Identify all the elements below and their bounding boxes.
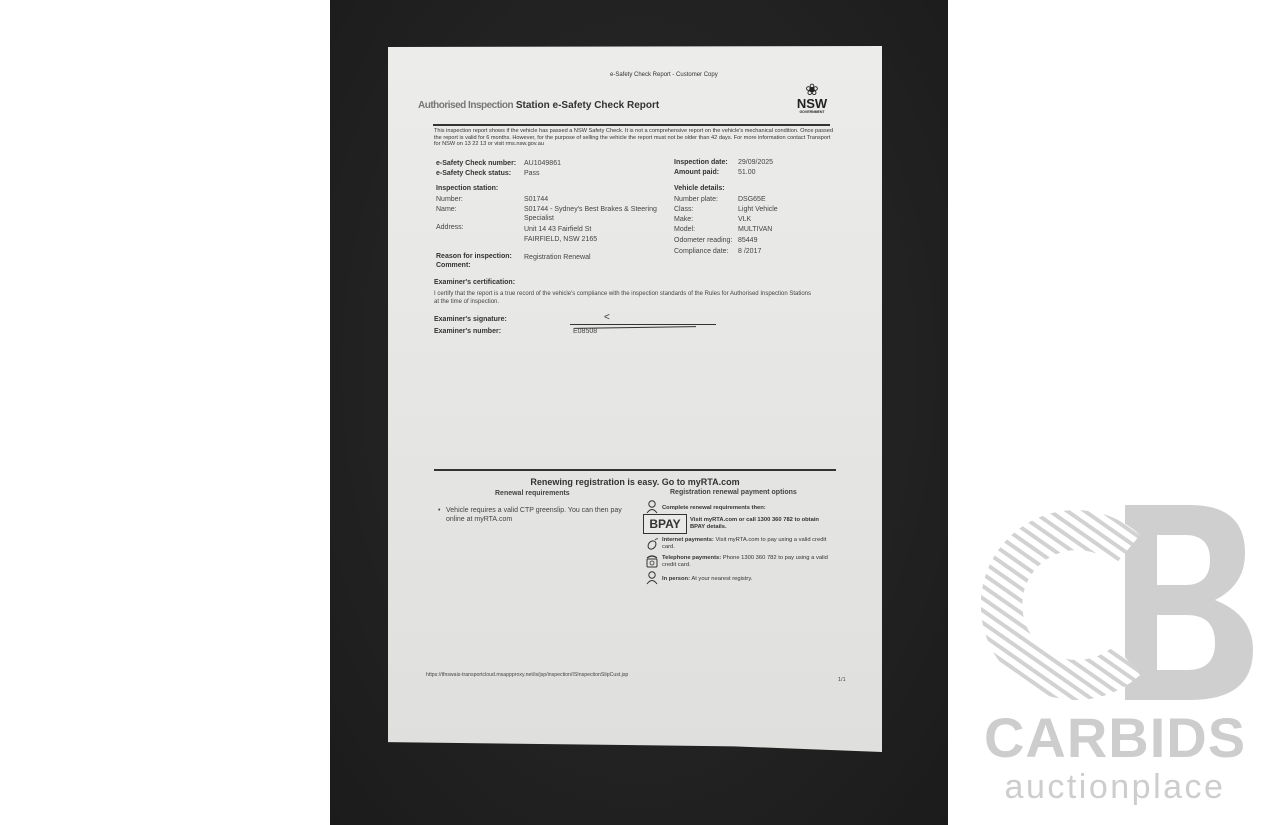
compliance-value: 8 /2017	[738, 248, 761, 255]
make-value: VLK	[738, 216, 751, 223]
compliance-label: Compliance date:	[674, 248, 728, 255]
mouse-icon	[646, 537, 658, 551]
renewal-title: Renewing registration is easy. Go to myR…	[388, 477, 882, 487]
certification-heading: Examiner's certification:	[434, 279, 515, 286]
inspection-report-document: e-Safety Check Report - Customer Copy Au…	[388, 46, 882, 752]
intro-text: This inspection report shows if the vehi…	[434, 128, 834, 148]
signature-stroke	[570, 324, 716, 325]
complete-requirements-text: Complete renewal requirements then:	[662, 505, 766, 512]
station-heading: Inspection station:	[436, 185, 498, 192]
report-title-faded: Authorised Inspection	[418, 100, 513, 111]
inspection-date: 29/09/2025	[738, 159, 773, 166]
reason-value: Registration Renewal	[524, 254, 591, 261]
person-icon	[646, 571, 658, 585]
report-title: Authorised Inspection Station e-Safety C…	[418, 100, 659, 111]
model-value: MULTIVAN	[738, 226, 772, 233]
telephone-icon	[646, 554, 658, 568]
page-number: 1/1	[838, 677, 846, 683]
plate-label: Number plate:	[674, 196, 718, 203]
station-name-label: Name:	[436, 206, 457, 213]
renewal-requirements-heading: Renewal requirements	[495, 490, 570, 497]
in-person-payments: In person: At your nearest registry.	[662, 576, 752, 583]
divider	[433, 124, 830, 126]
report-title-main: Station e-Safety Check Report	[516, 100, 659, 111]
signature-mark: <	[604, 312, 610, 323]
telephone-payments: Telephone payments: Phone 1300 360 782 t…	[662, 555, 830, 569]
requirement-item: Vehicle requires a valid CTP greenslip. …	[446, 506, 636, 524]
model-label: Model:	[674, 226, 695, 233]
examiner-number-label: Examiner's number:	[434, 328, 501, 335]
make-label: Make:	[674, 216, 693, 223]
class-label: Class:	[674, 206, 693, 213]
internet-payments: Internet payments: Visit myRTA.com to pa…	[662, 537, 830, 551]
bpay-text: Visit myRTA.com or call 1300 360 782 to …	[690, 517, 830, 531]
amount-paid-label: Amount paid:	[674, 169, 719, 176]
payment-options-heading: Registration renewal payment options	[670, 489, 797, 496]
station-name-line2: Specialist	[524, 215, 554, 222]
footer-url: https://tfnswais-transportcloud.msapppro…	[426, 672, 628, 678]
examiner-number: E08508	[573, 328, 597, 335]
class-value: Light Vehicle	[738, 206, 778, 213]
inspection-date-label: Inspection date:	[674, 159, 728, 166]
carbids-tagline: auctionplace	[975, 767, 1255, 807]
bpay-logo: BPAY	[643, 514, 687, 534]
station-name-line1: S01744 - Sydney's Best Brakes & Steering	[524, 206, 657, 213]
customer-copy-note: e-Safety Check Report - Customer Copy	[610, 72, 718, 78]
nsw-government-logo: ❀ NSW GOVERNMENT	[795, 84, 829, 114]
carbids-watermark: CARBIDS auctionplace	[975, 505, 1255, 815]
station-address-label: Address:	[436, 224, 464, 231]
station-number-label: Number:	[436, 196, 463, 203]
reason-label: Reason for inspection:	[436, 253, 512, 260]
carbids-cb-logo-icon	[975, 505, 1255, 700]
station-number: S01744	[524, 196, 548, 203]
signature-label: Examiner's signature:	[434, 316, 507, 323]
check-number: AU1049861	[524, 160, 561, 167]
station-address-line2: FAIRFIELD, NSW 2165	[524, 236, 597, 243]
check-number-label: e-Safety Check number:	[436, 160, 516, 167]
odometer-label: Odometer reading:	[674, 237, 732, 244]
amount-paid: 51.00	[738, 169, 756, 176]
certification-text: I certify that the report is a true reco…	[434, 291, 814, 306]
person-icon	[646, 500, 658, 514]
carbids-brand: CARBIDS	[975, 708, 1255, 768]
comment-label: Comment:	[436, 262, 471, 269]
check-status: Pass	[524, 170, 540, 177]
check-status-label: e-Safety Check status:	[436, 170, 511, 177]
station-address-line1: Unit 14 43 Fairfield St	[524, 226, 591, 233]
vehicle-heading: Vehicle details:	[674, 185, 725, 192]
plate-value: DSG65E	[738, 196, 766, 203]
odometer-value: 85449	[738, 237, 757, 244]
divider	[434, 469, 836, 471]
